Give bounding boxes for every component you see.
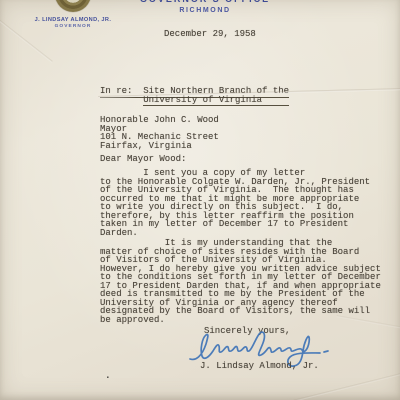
governor-title: GOVERNOR [24, 24, 122, 29]
virginia-state-seal-icon [55, 0, 91, 12]
subject-block: In re: Site Northern Branch of the Unive… [100, 87, 289, 104]
office-heading: GOVERNOR'S OFFICE [125, 0, 285, 4]
letter-date: December 29, 1958 [164, 30, 256, 39]
subject-indent [100, 95, 143, 105]
typed-signature-name: J. Lindsay Almond, Jr. [200, 362, 319, 371]
recipient-address: Honorable John C. Wood Mayor 101 N. Mech… [100, 116, 219, 150]
body-paragraph-1: I sent you a copy of my letter to the Ho… [100, 169, 370, 237]
salutation: Dear Mayor Wood: [100, 155, 186, 164]
body-paragraph-2: It is my understanding that the matter o… [100, 239, 381, 324]
stray-ink-mark: ▪ [106, 375, 111, 380]
subject-line2: University of Virginia [143, 95, 289, 107]
scanned-letter-page: J. LINDSAY ALMOND, JR. GOVERNOR GOVERNOR… [0, 0, 400, 400]
governor-name: J. LINDSAY ALMOND, JR. [24, 17, 122, 23]
office-city: RICHMOND [125, 7, 285, 14]
paper-crease-bottomright [294, 368, 400, 400]
